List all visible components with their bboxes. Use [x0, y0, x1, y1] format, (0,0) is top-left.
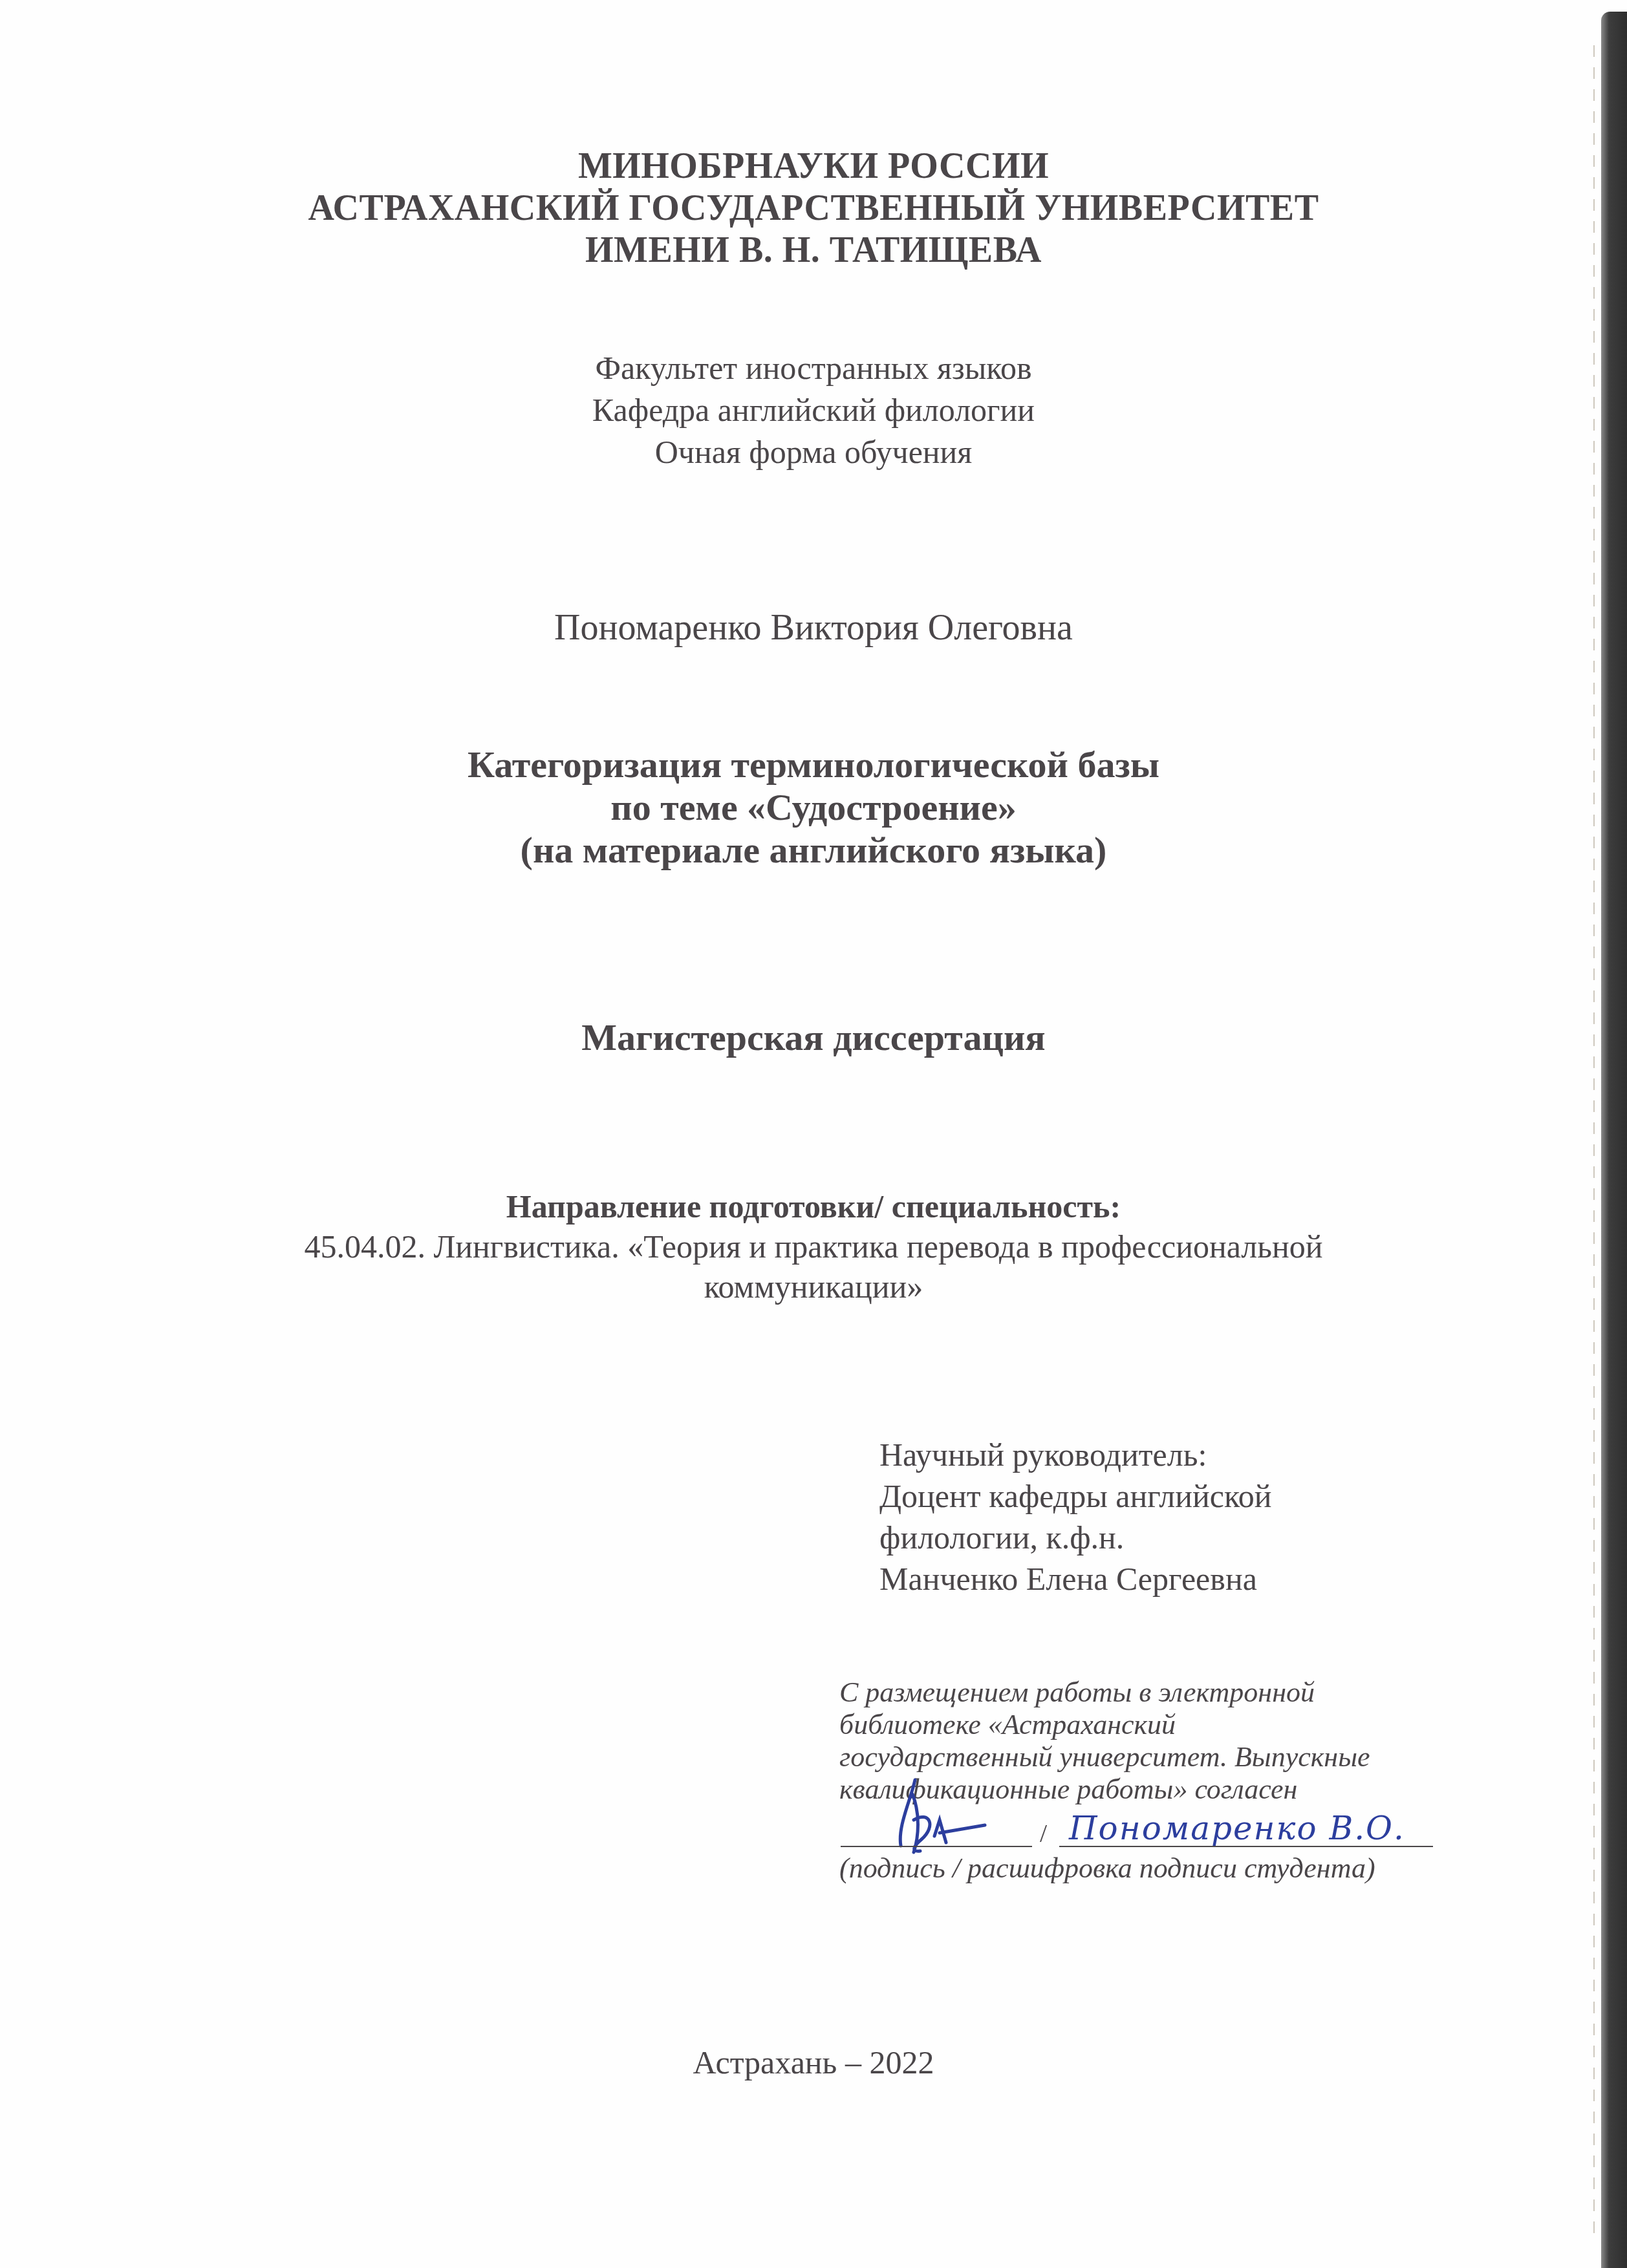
university-name: АСТРАХАНСКИЙ ГОСУДАРСТВЕННЫЙ УНИВЕРСИТЕТ	[0, 187, 1627, 230]
university-named-after: ИМЕНИ В. Н. ТАТИЩЕВА	[0, 230, 1627, 272]
department-name: Кафедра английский филологии	[0, 389, 1627, 431]
document-page: МИНОБРНАУКИ РОССИИ АСТРАХАНСКИЙ ГОСУДАРС…	[0, 0, 1627, 2268]
study-form: Очная форма обучения	[0, 431, 1627, 473]
faculty-name: Факультет иностранных языков	[0, 347, 1627, 389]
degree-type: Магистерская диссертация	[0, 1016, 1627, 1059]
thesis-title-line-2: по теме «Судостроение»	[0, 786, 1627, 829]
supervisor-position-2: филологии, к.ф.н.	[879, 1517, 1271, 1558]
direction-label: Направление подготовки/ специальность:	[0, 1186, 1627, 1226]
handwritten-name: Пономаренко В.О.	[1069, 1812, 1405, 1845]
supervisor-info: Научный руководитель: Доцент кафедры анг…	[879, 1434, 1271, 1599]
consent-text-1: С размещением работы в электронной	[839, 1676, 1473, 1709]
supervisor-name: Манченко Елена Сергеевна	[879, 1558, 1271, 1599]
name-decoding-line	[1059, 1846, 1433, 1847]
signature-separator: /	[1040, 1817, 1047, 1850]
library-consent: С размещением работы в электронной библи…	[839, 1676, 1473, 1885]
direction-specialty: 45.04.02. Лингвистика. «Теория и практик…	[193, 1226, 1434, 1307]
thesis-title-line-1: Категоризация терминологической базы	[0, 744, 1627, 786]
thesis-title: Категоризация терминологической базы по …	[0, 744, 1627, 872]
author-name: Пономаренко Виктория Олеговна	[0, 606, 1627, 649]
supervisor-position-1: Доцент кафедры английской	[879, 1475, 1271, 1517]
study-direction: Направление подготовки/ специальность: 4…	[0, 1186, 1627, 1307]
supervisor-label: Научный руководитель:	[879, 1434, 1271, 1475]
signature-line	[841, 1846, 1032, 1847]
ministry-name: МИНОБРНАУКИ РОССИИ	[0, 145, 1627, 187]
city-year: Астрахань – 2022	[0, 2043, 1627, 2082]
consent-text-2: библиотеке «Астраханский	[839, 1709, 1473, 1741]
signature-row: / Пономаренко В.О.	[839, 1807, 1473, 1852]
faculty-info: Факультет иностранных языков Кафедра анг…	[0, 347, 1627, 473]
thesis-title-line-3: (на материале английского языка)	[0, 829, 1627, 872]
institution-header: МИНОБРНАУКИ РОССИИ АСТРАХАНСКИЙ ГОСУДАРС…	[0, 145, 1627, 272]
consent-text-3: государственный университет. Выпускные	[839, 1741, 1473, 1773]
